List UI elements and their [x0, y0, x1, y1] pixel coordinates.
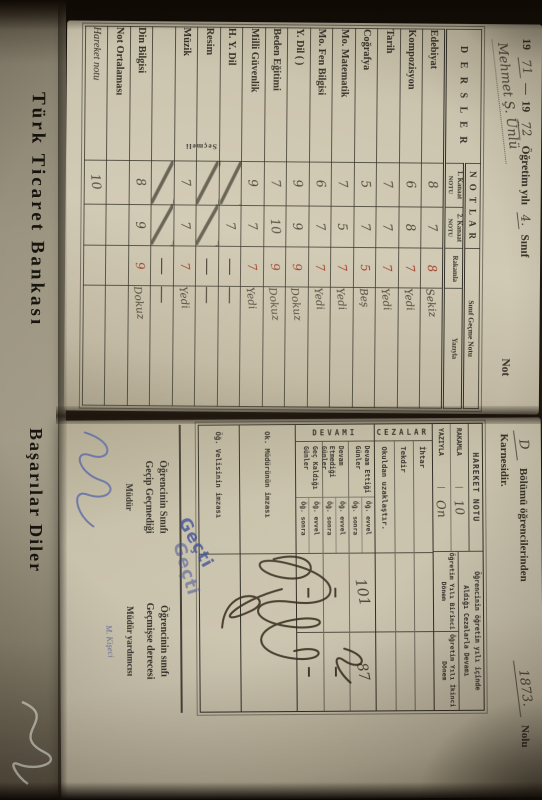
- subject-cell: Y. Dil ( ): [287, 28, 311, 162]
- handwritten-grade: 7: [358, 222, 374, 232]
- grade-first-term-cell: 9: [287, 161, 310, 205]
- handwritten-grade: 7: [245, 221, 261, 231]
- grade-first-term-cell: 7: [377, 162, 400, 206]
- grade-first-term-cell: [197, 161, 220, 205]
- handwritten-grade: Yedi: [334, 288, 348, 312]
- table-top-band: HAREKET NOTU RAKAMLA 10 YAZIYLA On Öğren…: [432, 424, 484, 710]
- grade-written-cell: —: [217, 287, 241, 407]
- handwritten-grade: 8: [133, 177, 149, 187]
- handwritten-grade: 5: [335, 222, 351, 232]
- handwritten-grade: Dokuz: [288, 287, 304, 322]
- nolu-label: Nolu: [519, 725, 531, 748]
- handwritten-grade: 7: [380, 222, 396, 232]
- dash-mark: —: [221, 287, 238, 303]
- grade-numeric-cell: 9: [128, 246, 151, 286]
- karnesidir-label: Karnesidir.: [498, 434, 512, 790]
- promotion-right-block: Öğrencinin sınıfı Geçmişse derecesi Müdü…: [86, 569, 171, 714]
- handwritten-grade: 9: [291, 179, 307, 189]
- attendance-title: DEVAMI: [312, 428, 357, 437]
- page1-header: 1971 — 1972 Öğretim yılı 4. Sınıf Mehmet…: [496, 38, 534, 404]
- dash-mark: —: [154, 258, 171, 274]
- grade-written-cell: Beş: [352, 288, 376, 408]
- grade-first-term-cell: 7: [174, 161, 197, 205]
- grade-first-term-cell: 10: [84, 160, 107, 204]
- year-dash: —: [520, 83, 532, 95]
- conduct-written-value: On: [434, 499, 450, 518]
- penalty-second-term-cell: [415, 631, 434, 710]
- grade-second-term-cell: 5: [331, 206, 354, 248]
- white-scribble-ink: [2, 690, 66, 790]
- handwritten-grade: 8: [425, 180, 441, 190]
- grades-table: D E R S L E R N O T L A R Sınıf Geçme No…: [82, 26, 482, 409]
- yaziyla-label: YAZIYLA: [437, 424, 445, 488]
- grade-written-cell: Sekiz: [420, 288, 444, 408]
- handwritten-grade: 9: [267, 263, 282, 272]
- handwritten-grade: Yedi: [401, 288, 415, 312]
- table-row: Müzik777Yedi: [172, 27, 198, 406]
- conduct-page: D Bölümü öğrencilerinden 1873. Nolu Karn…: [59, 417, 542, 800]
- grade-level-value: 4.: [517, 210, 534, 229]
- grade-second-term-cell: 7: [354, 206, 377, 248]
- conduct-written-row: YAZIYLA On: [433, 424, 451, 551]
- bank-slogan: Başarılar Diler: [25, 428, 46, 573]
- subject-cell: Milli Güvenlik: [242, 27, 266, 161]
- grade-first-term-cell: [152, 160, 175, 204]
- penalty-label: İhtar: [418, 441, 428, 552]
- handwritten-grade: 7: [380, 264, 395, 273]
- not-label: Not: [499, 358, 511, 376]
- column-header-written: Yazıyla: [442, 289, 463, 409]
- handwritten-grade: 7: [245, 262, 260, 271]
- promotion-degree-1: Öğrencinin sınıfı: [156, 569, 171, 713]
- grade-second-term-cell: 8: [399, 206, 422, 248]
- rakamla-label: RAKAMLA: [455, 424, 463, 488]
- grade-written-cell: Yedi: [240, 287, 264, 407]
- handwritten-grade: Yedi: [244, 287, 258, 311]
- handwritten-grade: 9: [290, 222, 306, 232]
- grade-written-cell: Dokuz: [127, 286, 151, 406]
- grades-page: 1971 — 1972 Öğretim yılı 4. Sınıf Mehmet…: [64, 20, 542, 414]
- table-row: Y. Dil ( )999Dokuz: [285, 28, 311, 407]
- year-value-1: 71: [518, 55, 535, 78]
- grade-numeric-cell: —: [151, 246, 174, 286]
- penalty-first-term-cell: [415, 552, 434, 631]
- handwritten-grade: Dokuz: [266, 287, 282, 322]
- first-term-notu: NOTU: [446, 163, 454, 206]
- second-term-notu: NOTU: [446, 207, 454, 248]
- subject-cell: Hareket notu: [84, 26, 108, 160]
- table-row: ——: [150, 27, 176, 406]
- grade-second-term-cell: 7: [421, 207, 444, 249]
- group-header-notlar: N O T L A R: [464, 163, 481, 249]
- report-card-photo: Türk Ticaret Bankası Başarılar Diler 197…: [0, 0, 542, 800]
- grade-first-term-cell: 6: [399, 162, 422, 206]
- grade-written-cell: Yedi: [375, 288, 399, 408]
- grade-numeric-cell: 7: [376, 248, 399, 288]
- handwritten-grade: Yedi: [311, 287, 325, 311]
- header-line-1: Öğrencinin öğretim yılı içinde: [472, 552, 484, 710]
- attendance-label: Devam Ettiği Günler: [349, 441, 374, 497]
- school-year-line: 1971 — 1972 Öğretim yılı 4. Sınıf: [516, 38, 534, 404]
- handwritten-grade: Sekiz: [423, 288, 438, 318]
- grade-first-term-cell: 9: [242, 161, 265, 205]
- grade-numeric-cell: —: [218, 247, 241, 287]
- handwritten-grade: 9: [133, 220, 149, 230]
- first-term-column-header: Öğretim Yılı Birinci Dönem: [434, 552, 459, 632]
- grade-second-term-cell: 7: [309, 206, 332, 248]
- grade-first-term-cell: 8: [129, 160, 152, 204]
- subject-cell: Mo. Matematik: [332, 28, 356, 162]
- handwritten-grade: 7: [178, 178, 194, 188]
- handwritten-grade: 6: [313, 179, 329, 189]
- dash-mark: —: [199, 259, 216, 275]
- dash-mark: —: [154, 287, 171, 303]
- subject-cell: Tarih: [377, 29, 401, 163]
- group-header-passing-grade: Sınıf Geçme Notu: [462, 249, 479, 409]
- subject-cell: Kompozisyon: [399, 29, 423, 163]
- promotion-degree-2: Geçmişse derecesi: [143, 569, 158, 713]
- handwritten-grade: 10: [267, 217, 284, 235]
- elective-label: Seçmeli: [185, 142, 217, 151]
- first-term-label: 1. Kanaat: [455, 171, 462, 199]
- handwritten-grade: 9: [290, 263, 305, 272]
- handwritten-grade: 9: [246, 178, 262, 188]
- conduct-numeric-value: 10: [452, 499, 468, 516]
- handwritten-grade: 5: [357, 263, 372, 272]
- grade-first-term-cell: 5: [354, 162, 377, 206]
- penalty-row: İhtar: [413, 441, 434, 710]
- grade-written-cell: —: [195, 286, 219, 406]
- conduct-grade-title: HAREKET NOTU: [468, 424, 483, 551]
- handwritten-grade: Yedi: [176, 286, 190, 310]
- grade-first-term-cell: 7: [332, 162, 355, 206]
- grade-second-term-cell: 7: [241, 205, 264, 247]
- grade-first-term-cell: 6: [309, 162, 332, 206]
- year-prefix-2: 19: [519, 101, 531, 113]
- grade-numeric-cell: 9: [263, 247, 286, 287]
- department-label: Bölümü öğrencilerinden: [517, 468, 530, 582]
- penalties-attendance-header: Öğrencinin öğretim yılı içinde Aldığı Ce…: [434, 552, 484, 710]
- handwritten-grade: 7: [336, 179, 352, 189]
- grade-numeric-cell: 7: [398, 248, 421, 288]
- student-number-value: 1873.: [513, 659, 536, 718]
- grade-written-cell: [82, 285, 106, 405]
- subject-cell: Din Bilgisi: [129, 26, 153, 160]
- table-row: Din Bilgisi899Dokuz: [127, 26, 153, 405]
- handwritten-grade: 7: [268, 179, 284, 189]
- handwritten-grade: 7: [313, 222, 329, 232]
- grade-numeric-cell: [83, 246, 106, 286]
- grade-numeric-cell: —: [196, 247, 219, 287]
- table-row: Beden Eğitimi7109Dokuz: [262, 28, 288, 407]
- grade-numeric-cell: 7: [331, 248, 354, 288]
- vice-principal-name-stamp: M. Kişeci: [100, 569, 121, 713]
- table-row: Mo. Matematik757Yedi: [330, 28, 356, 407]
- sinif-label: Sınıf: [518, 234, 530, 257]
- column-header-second-term: 2. KanaatNOTU: [444, 207, 464, 249]
- grade-written-cell: Dokuz: [285, 287, 309, 407]
- handwritten-grade: 9: [132, 261, 147, 270]
- conduct-grade-box: HAREKET NOTU RAKAMLA 10 YAZIYLA On: [433, 424, 483, 552]
- grade-numeric-cell: 8: [421, 248, 444, 288]
- handwritten-grade: 7: [312, 263, 327, 272]
- elective-bracket: Seçmeli: [167, 139, 235, 154]
- handwritten-grade: 10: [88, 173, 105, 191]
- grade-written-cell: Yedi: [307, 287, 331, 407]
- grade-written-cell: —: [150, 286, 174, 406]
- grade-second-term-cell: 9: [129, 204, 152, 246]
- grade-numeric-cell: 7: [173, 246, 196, 286]
- header-line-2: Aldığı Cezalarla Devamı: [461, 552, 473, 710]
- grade-second-term-cell: [196, 205, 219, 247]
- promotion-question-1: Öğrencinin Sınıfı: [155, 425, 170, 569]
- handwritten-grade: 7: [178, 221, 194, 231]
- handwritten-grade: 7: [402, 264, 417, 273]
- grade-numeric-cell: 9: [286, 247, 309, 287]
- student-name-line: Mehmet Ş. Ünlü Not: [496, 38, 516, 404]
- handwritten-grade: 7: [177, 262, 192, 271]
- principal-signature-ink: [201, 530, 402, 696]
- conduct-numeric-row: RAKAMLA 10: [450, 424, 469, 551]
- subject-cell: Not Ortalaması: [107, 26, 131, 160]
- handwritten-grade: 7: [425, 223, 441, 233]
- grade-second-term-cell: [106, 204, 129, 246]
- grade-first-term-cell: 7: [264, 161, 287, 205]
- table-row: Resim——: [195, 27, 221, 406]
- handwritten-grade: 7: [381, 180, 397, 190]
- table-row: Not Ortalaması: [105, 26, 131, 405]
- handwritten-grade: 8: [424, 264, 439, 273]
- grade-numeric-cell: 7: [308, 247, 331, 287]
- table-row: Coğrafya575Beş: [352, 28, 378, 407]
- student-number-line: D Bölümü öğrencilerinden 1873. Nolu: [515, 429, 534, 789]
- table-row: Edebiyat878Sekiz: [420, 29, 446, 408]
- table-row: H. Y. Dil7——: [217, 27, 243, 406]
- attendance-label: Devam Etmediği Günler: [323, 442, 348, 498]
- table-row: Mo. Fen Bilgisi677Yedi: [307, 28, 333, 407]
- grade-written-cell: [105, 286, 129, 406]
- grade-first-term-cell: [107, 160, 130, 204]
- promotion-question-2: Geçip Geçmediği: [142, 425, 157, 569]
- grade-numeric-cell: 5: [353, 248, 376, 288]
- year-prefix-1: 19: [520, 38, 532, 50]
- grade-second-term-cell: 7: [174, 204, 197, 246]
- dash-mark: —: [222, 259, 239, 275]
- grade-first-term-cell: [219, 161, 242, 205]
- grade-written-cell: Yedi: [330, 288, 354, 408]
- column-header-subjects: D E R S L E R: [444, 29, 481, 163]
- handwritten-grade: 8: [403, 223, 419, 233]
- grade-second-term-cell: 10: [264, 205, 287, 247]
- department-value: D: [513, 429, 533, 461]
- attendance-label: Geç Kaldığı Günler: [296, 442, 322, 498]
- page2-header: D Bölümü öğrencilerinden 1873. Nolu Karn…: [498, 429, 534, 789]
- card-back-cover: Türk Ticaret Bankası Başarılar Diler: [0, 0, 66, 800]
- grade-second-term-cell: [84, 204, 107, 246]
- column-header-first-term: 1. KanaatNOTU: [444, 163, 464, 207]
- grade-written-cell: Dokuz: [262, 287, 286, 407]
- subject-cell: Edebiyat: [422, 29, 446, 163]
- handwritten-grade: Yedi: [379, 288, 393, 312]
- grade-second-term-cell: 7: [376, 206, 399, 248]
- grade-numeric-cell: [106, 246, 129, 286]
- table-row: Tarih777Yedi: [375, 29, 401, 408]
- column-header-numeric: Rakamla: [443, 249, 463, 289]
- handwritten-grade: Dokuz: [131, 286, 147, 321]
- subject-cell: Mo. Fen Bilgisi: [309, 28, 333, 162]
- subject-cell: Coğrafya: [354, 28, 378, 162]
- second-term-label: 2. Kanaat: [455, 214, 462, 242]
- vice-principal-label: Müdür yardımcısı: [125, 569, 136, 713]
- principal-signature-blue: [61, 422, 134, 537]
- table-row: Kompozisyon687Yedi: [397, 29, 423, 408]
- table-row: Hareket notu10: [82, 26, 108, 405]
- grade-numeric-cell: 7: [241, 247, 264, 287]
- dash-mark: —: [199, 287, 216, 303]
- term-columns: Öğretim Yılı Birinci Dönem Öğretim Yılı …: [434, 552, 460, 710]
- grade-first-term-cell: 8: [422, 163, 445, 207]
- handwritten-grade: 7: [223, 221, 239, 231]
- grade-second-term-cell: 9: [286, 205, 309, 247]
- handwritten-grade: 7: [335, 263, 350, 272]
- grade-written-cell: Yedi: [172, 286, 196, 406]
- grade-written-cell: Yedi: [397, 288, 421, 408]
- penalties-title: CEZALAR: [377, 428, 430, 437]
- handwritten-grade: 6: [403, 180, 419, 190]
- handwritten-grade: Beş: [356, 288, 370, 309]
- handwritten-grade: 5: [358, 179, 374, 189]
- grade-second-term-cell: 7: [219, 205, 242, 247]
- subject-cell: Beden Eğitimi: [264, 28, 288, 162]
- table-row: Milli Güvenlik977Yedi: [240, 27, 266, 406]
- second-term-column-header: Öğretim Yılı İkinci Dönem: [434, 631, 459, 710]
- bank-name: Türk Ticaret Bankası: [25, 92, 49, 327]
- grade-second-term-cell: [151, 204, 174, 246]
